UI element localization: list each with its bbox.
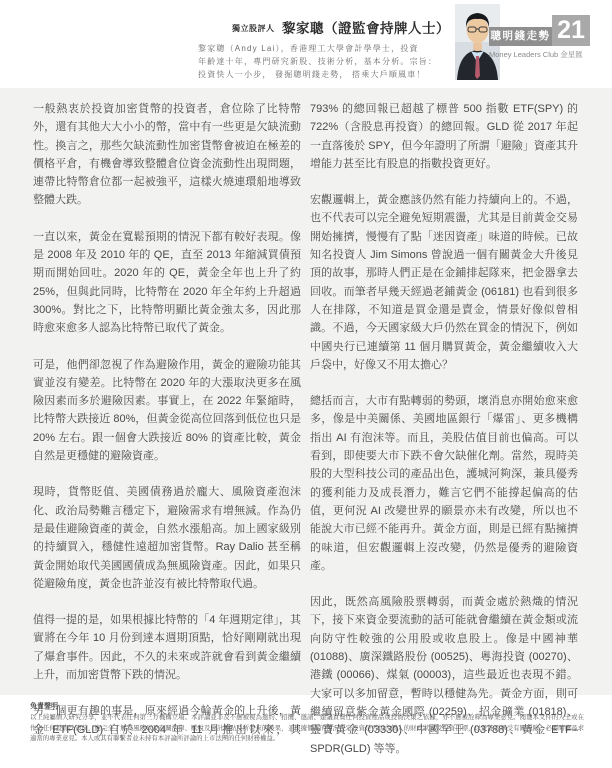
paragraph: 可是，他們卻忽視了作為避險作用，黃金的避險功能其實並沒有變差。比特幣在 2020…: [33, 356, 301, 466]
disclaimer-title: 免責聲明: [30, 701, 584, 711]
author-bio-line: 投資快人一小步， 發掘聰明錢走勢， 搭乘大戶順風車！: [198, 68, 450, 81]
club-name: Money Leaders Club 金星匯: [489, 49, 609, 60]
paragraph: 值得一提的是，如果根據比特幣的「4 年週期定律」，其實將在今年 10 月份到達本…: [33, 611, 301, 684]
article-left-column: 一般熱衷於投資加密貨幣的投資者，倉位除了比特幣外，還有其他大大小小的幣，當中有一…: [33, 100, 301, 757]
column-name-band: 聰明錢走勢: [489, 27, 552, 46]
author-bio-line: 黎家聰（Andy Lai），香港理工大學會計學學士，投資: [198, 42, 450, 55]
paragraph: 793% 的總回報已超越了標普 500 指數 ETF(SPY) 的 722%（含…: [310, 100, 578, 173]
author-bio-line: 年齡達十年，專門研究新股、技術分析，基本分析。宗旨：: [198, 55, 450, 68]
article-body: 一般熱衷於投資加密貨幣的投資者，倉位除了比特幣外，還有其他大大小小的幣，當中有一…: [0, 88, 612, 695]
author-block: 獨立股評人 黎家聰（證監會持牌人士） 黎家聰（Andy Lai），香港理工大學會…: [198, 17, 450, 81]
disclaimer: 免責聲明 以上純屬個人研究分享，並不代表任何第三方機構立場。本評論並非及不應被視…: [30, 701, 584, 745]
paragraph: 總括而言，大市有點轉弱的勢頭，壞消息亦開始愈來愈多，像是中美關係、美國地區銀行「…: [310, 392, 578, 575]
paragraph: 現時，貨幣貶值、美國債務過於龐大、風險資產泡沫化、政治局勢難言穩定下，避險需求有…: [33, 483, 301, 593]
disclaimer-text: 以上純屬個人研究分享，並不代表任何第三方機構立場。本評論並非及不應被視為邀約、招…: [30, 713, 584, 745]
page-number: 21: [552, 15, 590, 46]
paragraph: 一直以來，黃金在寬鬆預期的情況下都有較好表現。像是 2008 年及 2010 年…: [33, 228, 301, 338]
page-header: 獨立股評人 黎家聰（證監會持牌人士） 黎家聰（Andy Lai），香港理工大學會…: [0, 0, 612, 88]
paragraph: 宏觀邏輯上，黃金應該仍然有能力持續向上的。不過，也不代表可以完全避免短期震盪，尤…: [310, 191, 578, 374]
author-title-line: 獨立股評人 黎家聰（證監會持牌人士）: [198, 17, 450, 38]
author-kicker: 獨立股評人: [232, 24, 275, 33]
article-right-column: 793% 的總回報已超越了標普 500 指數 ETF(SPY) 的 722%（含…: [310, 100, 578, 768]
author-bio: 黎家聰（Andy Lai），香港理工大學會計學學士，投資 年齡達十年，專門研究新…: [198, 42, 450, 81]
paragraph: 一般熱衷於投資加密貨幣的投資者，倉位除了比特幣外，還有其他大大小小的幣，當中有一…: [33, 100, 301, 210]
author-name: 黎家聰（證監會持牌人士）: [282, 21, 450, 36]
